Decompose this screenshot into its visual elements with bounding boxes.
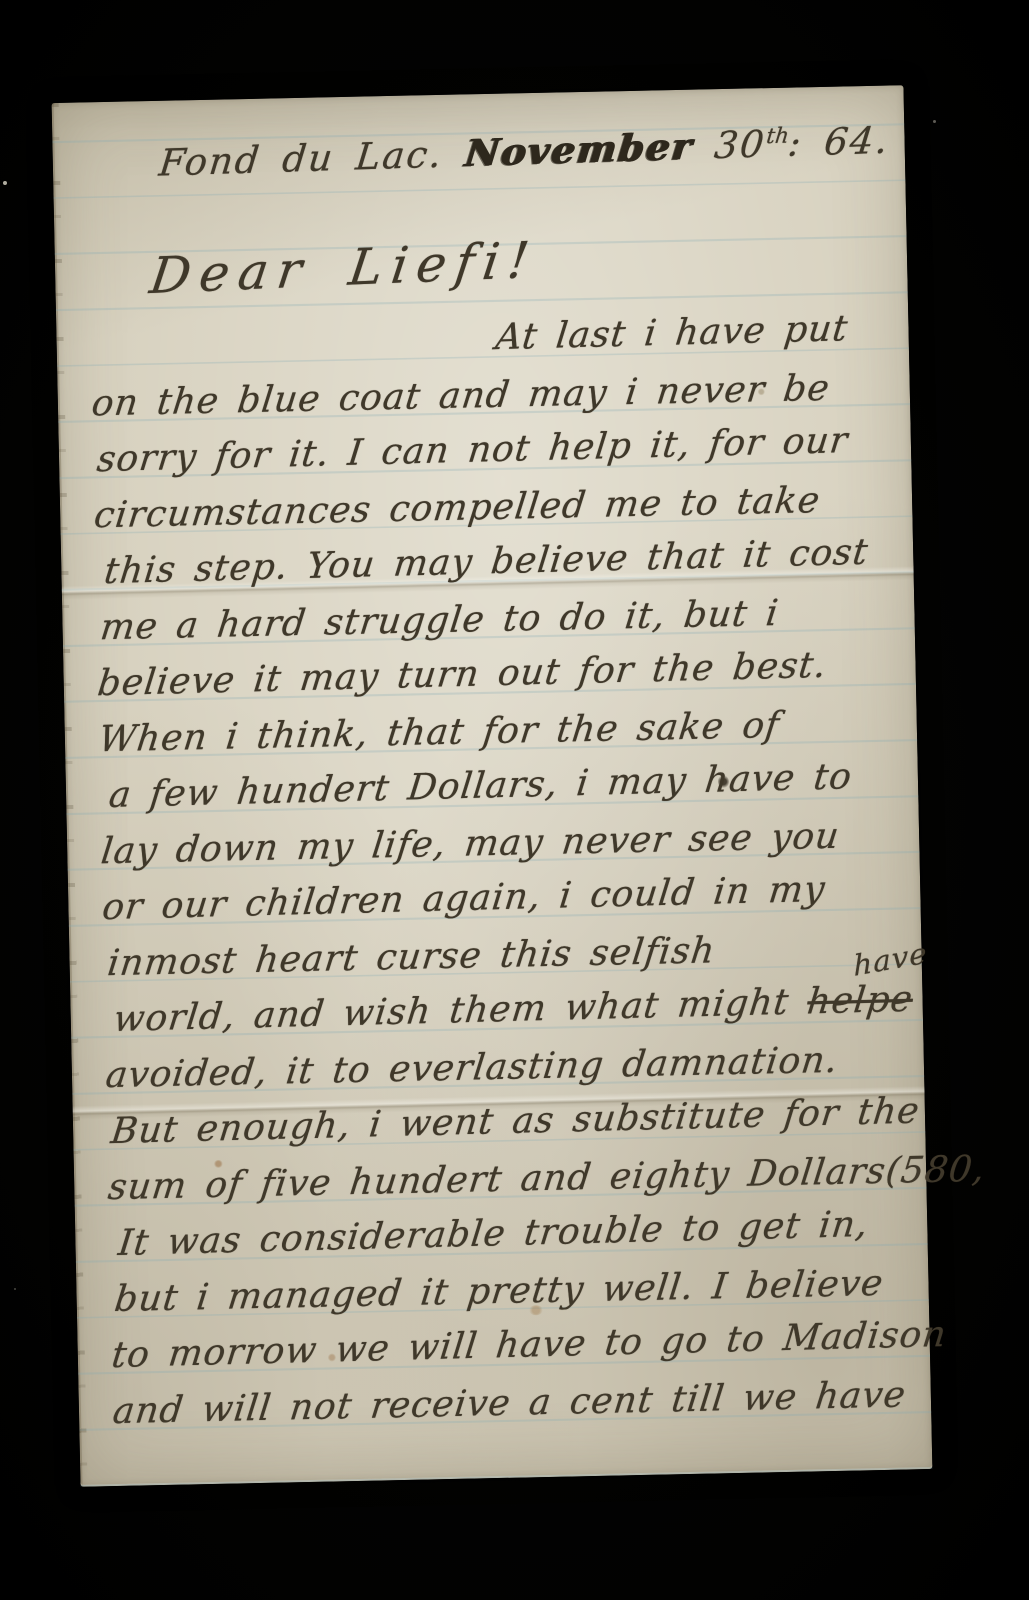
dateline-ordinal: th [765, 124, 790, 150]
letter-paper: Fond du Lac. November 30th: 64. Dear Lie… [52, 85, 933, 1487]
dateline: Fond du Lac. November 30th: 64. [157, 118, 892, 185]
dust-speck [14, 1288, 16, 1290]
dateline-year: : 64. [785, 119, 891, 165]
dust-speck [3, 181, 7, 185]
photo-of-letter: { "photo": { "background_color": "#02020… [0, 0, 1029, 1600]
dust-speck [933, 120, 936, 123]
struck-word: helpe [805, 979, 915, 1023]
dateline-month-overwritten: November [462, 124, 695, 175]
letter-line-text: world, and wish them what might [112, 981, 810, 1040]
salutation: Dear Liefi! [147, 231, 542, 305]
letter-body: At last i have put on the blue coat and … [90, 303, 927, 1440]
dateline-place: Fond du Lac. [157, 133, 446, 185]
dateline-day: 30 [712, 123, 768, 168]
